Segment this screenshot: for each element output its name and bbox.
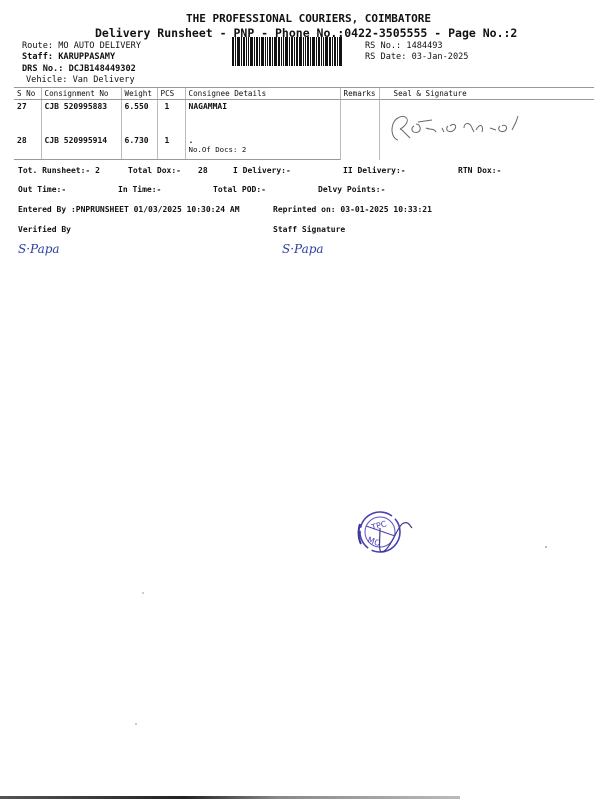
rs-date: RS Date: 03-Jan-2025 (365, 52, 468, 62)
verified-signature: S·Papa (18, 242, 60, 256)
vehicle-label: Vehicle: Van Delivery (26, 75, 135, 85)
tot-runsheet: Tot. Runsheet:- 2 (18, 166, 100, 175)
total-dox-label: Total Dox:- (128, 166, 181, 175)
scan-speck (545, 546, 547, 548)
cell-consignment: CJB 520995914 (41, 130, 121, 160)
cell-sno: 27 (14, 100, 41, 130)
docs-count: No.Of Docs: 2 (189, 145, 337, 154)
entered-by: Entered By :PNPRUNSHEET 01/03/2025 10:30… (18, 205, 240, 214)
cell-sno: 28 (14, 130, 41, 160)
scan-speck (142, 592, 144, 594)
out-time: Out Time:- (18, 185, 66, 194)
staff-signature-label: Staff Signature (273, 225, 345, 234)
cell-weight: 6.730 (121, 130, 157, 160)
total-dox-value: 28 (198, 166, 208, 175)
delvy-points: Delvy Points:- (318, 185, 385, 194)
delivery-signature (384, 108, 574, 148)
cell-consignment: CJB 520995883 (41, 100, 121, 130)
staff-label: Staff: KARUPPASAMY (22, 52, 115, 62)
rs-number: RS No.: 1484493 (365, 41, 443, 51)
cell-seal-signature (379, 100, 594, 160)
cell-pcs: 1 (157, 100, 185, 130)
col-consignee: Consignee Details (185, 88, 340, 100)
cell-consignee: NAGAMMAI (185, 100, 340, 130)
in-time: In Time:- (118, 185, 161, 194)
col-consignment: Consignment No (41, 88, 121, 100)
company-stamp: TPC MO (350, 500, 450, 560)
col-sno: S No (14, 88, 41, 100)
cell-weight: 6.550 (121, 100, 157, 130)
rtn-dox: RTN Dox:- (458, 166, 501, 175)
ii-delivery: II Delivery:- (343, 166, 406, 175)
consignee-name: . (189, 136, 337, 145)
staff-signature: S·Papa (282, 242, 324, 256)
table-header-row: S No Consignment No Weight PCS Consignee… (14, 88, 594, 100)
table-row: 27 CJB 520995883 6.550 1 NAGAMMAI (14, 100, 594, 130)
col-signature: Seal & Signature (379, 88, 594, 100)
col-pcs: PCS (157, 88, 185, 100)
company-title: THE PROFESSIONAL COURIERS, COIMBATORE (186, 12, 431, 25)
barcode (232, 37, 360, 66)
col-weight: Weight (121, 88, 157, 100)
scan-edge-line (0, 796, 460, 799)
drs-number: DRS No.: DCJB148449302 (22, 64, 136, 74)
total-pod: Total POD:- (213, 185, 266, 194)
cell-remarks (340, 100, 379, 160)
cell-pcs: 1 (157, 130, 185, 160)
cell-consignee: . No.Of Docs: 2 (185, 130, 340, 160)
col-remarks: Remarks (340, 88, 379, 100)
scan-speck (135, 723, 137, 725)
reprinted-on: Reprinted on: 03-01-2025 10:33:21 (273, 205, 432, 214)
i-delivery: I Delivery:- (233, 166, 291, 175)
svg-text:TPC: TPC (369, 519, 387, 532)
route-label: Route: MO AUTO DELIVERY (22, 41, 141, 51)
verified-by-label: Verified By (18, 225, 71, 234)
runsheet-table: S No Consignment No Weight PCS Consignee… (14, 87, 594, 160)
